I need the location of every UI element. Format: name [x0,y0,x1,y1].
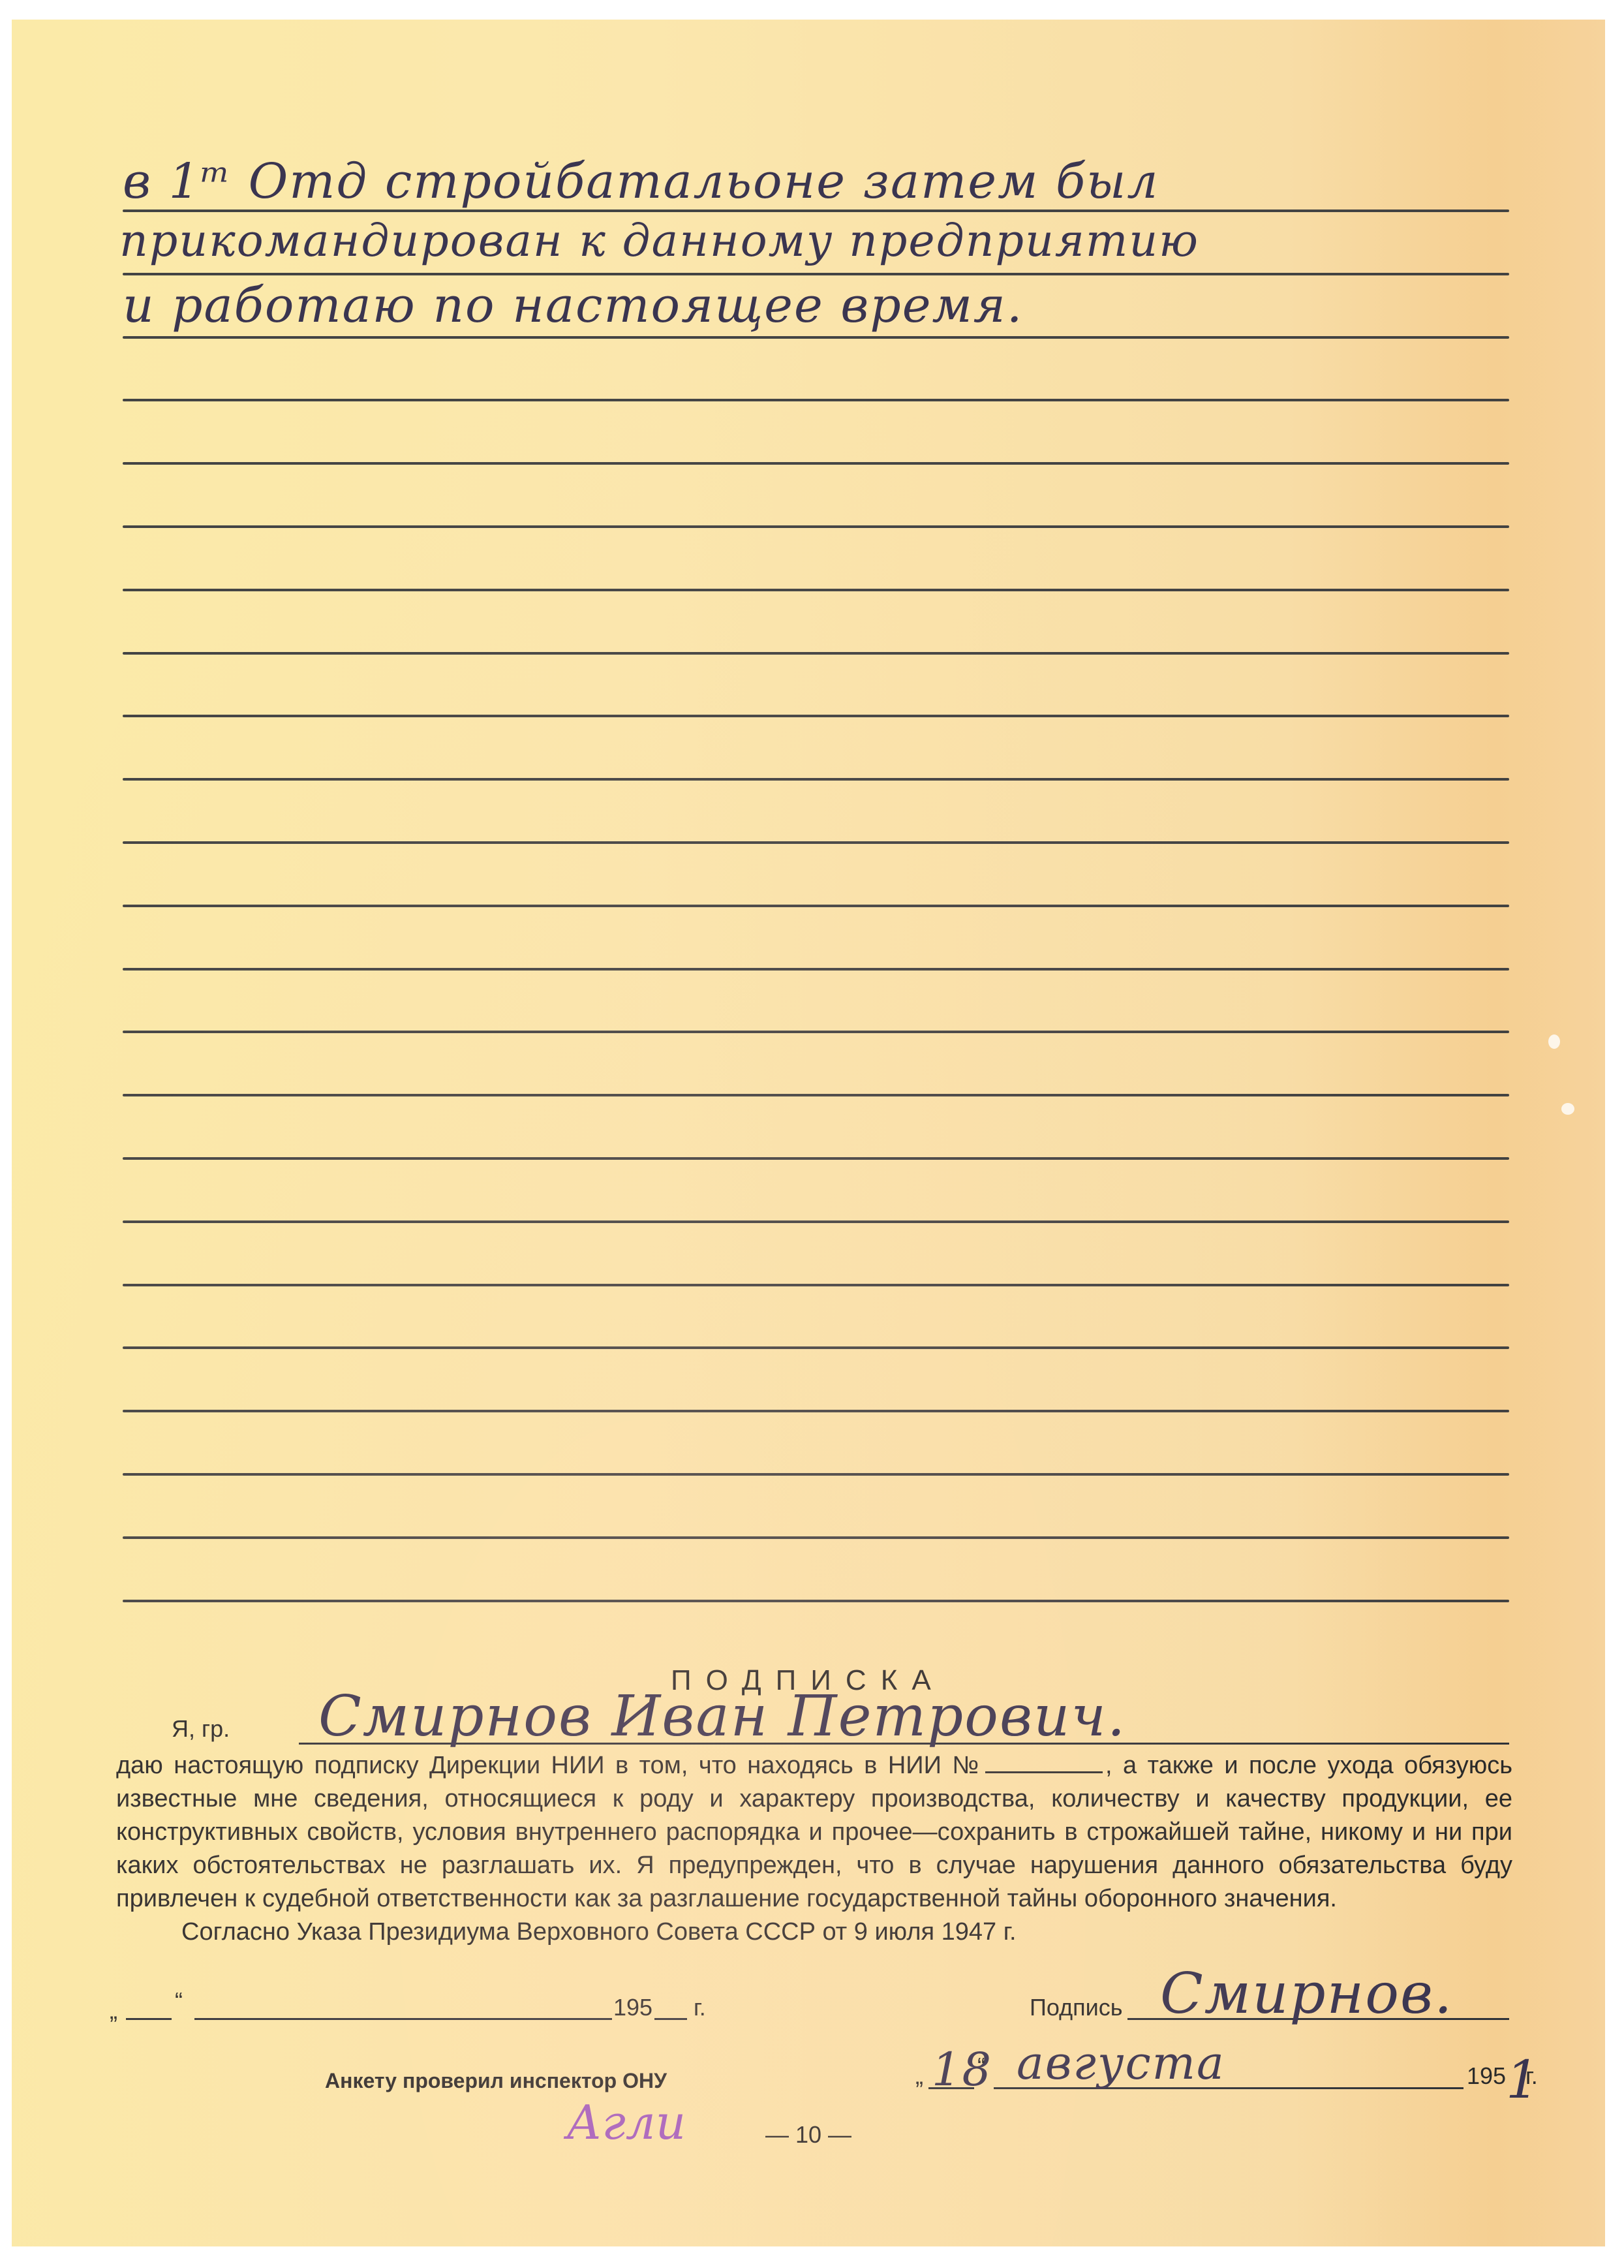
ruled-line [123,778,1509,781]
left-date-open-quote: „ [110,1997,117,2025]
left-date-close-quote: “ [175,1987,183,2015]
paper-hole-mark [1561,1103,1574,1115]
page-number: — 10 — [765,2121,851,2149]
left-date-day-blank [126,2018,172,2020]
ruled-line [123,336,1509,339]
ruled-line [123,462,1509,465]
document-page: в 1ᵐ Отд стройбатальоне затем был приком… [12,20,1605,2246]
ruled-line [123,905,1509,907]
ruled-line [123,399,1509,401]
ruled-line [123,1536,1509,1539]
ruled-line [123,1220,1509,1223]
ruled-line [123,841,1509,844]
inspector-signature: Агли [566,2095,686,2150]
ruled-line [123,968,1509,971]
left-date-year-prefix: 195 [613,1994,652,2021]
right-date-open-quote: „ [915,2062,923,2090]
handwritten-line-1: в 1ᵐ Отд стройбатальоне затем был [123,153,1159,210]
ruled-line [123,1410,1509,1412]
handwritten-signature: Смирнов. [1160,1961,1453,2027]
handwritten-line-3: и работаю по настоящее время. [123,277,1023,334]
left-date-month-blank [194,2018,612,2020]
name-prefix: Я, гр. [172,1715,230,1743]
ruled-line [123,1600,1509,1602]
right-date-close-quote: “ [977,2053,985,2080]
inspector-label: Анкету проверил инспектор ОНУ [325,2069,667,2093]
signature-label: Подпись [1030,1994,1122,2021]
ruled-line [123,652,1509,655]
ruled-line [123,715,1509,717]
handwritten-name: Смирнов Иван Петрович. [318,1684,1126,1749]
ruled-line [123,1473,1509,1476]
nii-number-blank [985,1771,1103,1773]
right-date-year-suffix: г. [1525,2062,1538,2090]
ruled-line [123,1346,1509,1349]
ruled-line [123,210,1509,212]
ruled-line [123,1157,1509,1160]
body-part-1: даю настоящую подписку Дирекции НИИ в то… [116,1752,983,1779]
ruled-line [123,1094,1509,1096]
ruled-line [123,589,1509,591]
right-date-year-prefix: 195 [1467,2062,1506,2090]
ruled-line [123,525,1509,528]
subscription-body: даю настоящую подписку Дирекции НИИ в то… [116,1749,1512,1949]
right-date-month: августа [1017,2036,1225,2090]
paper-hole-mark [1548,1034,1560,1049]
ruled-line [123,1031,1509,1033]
decree-text: Согласно Указа Президиума Верховного Сов… [116,1916,1512,1949]
left-date-year-blank [654,2018,687,2020]
ruled-line [123,1284,1509,1286]
ruled-line [123,273,1509,275]
handwritten-line-2: прикомандирован к данному предприятию [119,215,1199,267]
left-date-year-suffix: г. [694,1994,706,2021]
